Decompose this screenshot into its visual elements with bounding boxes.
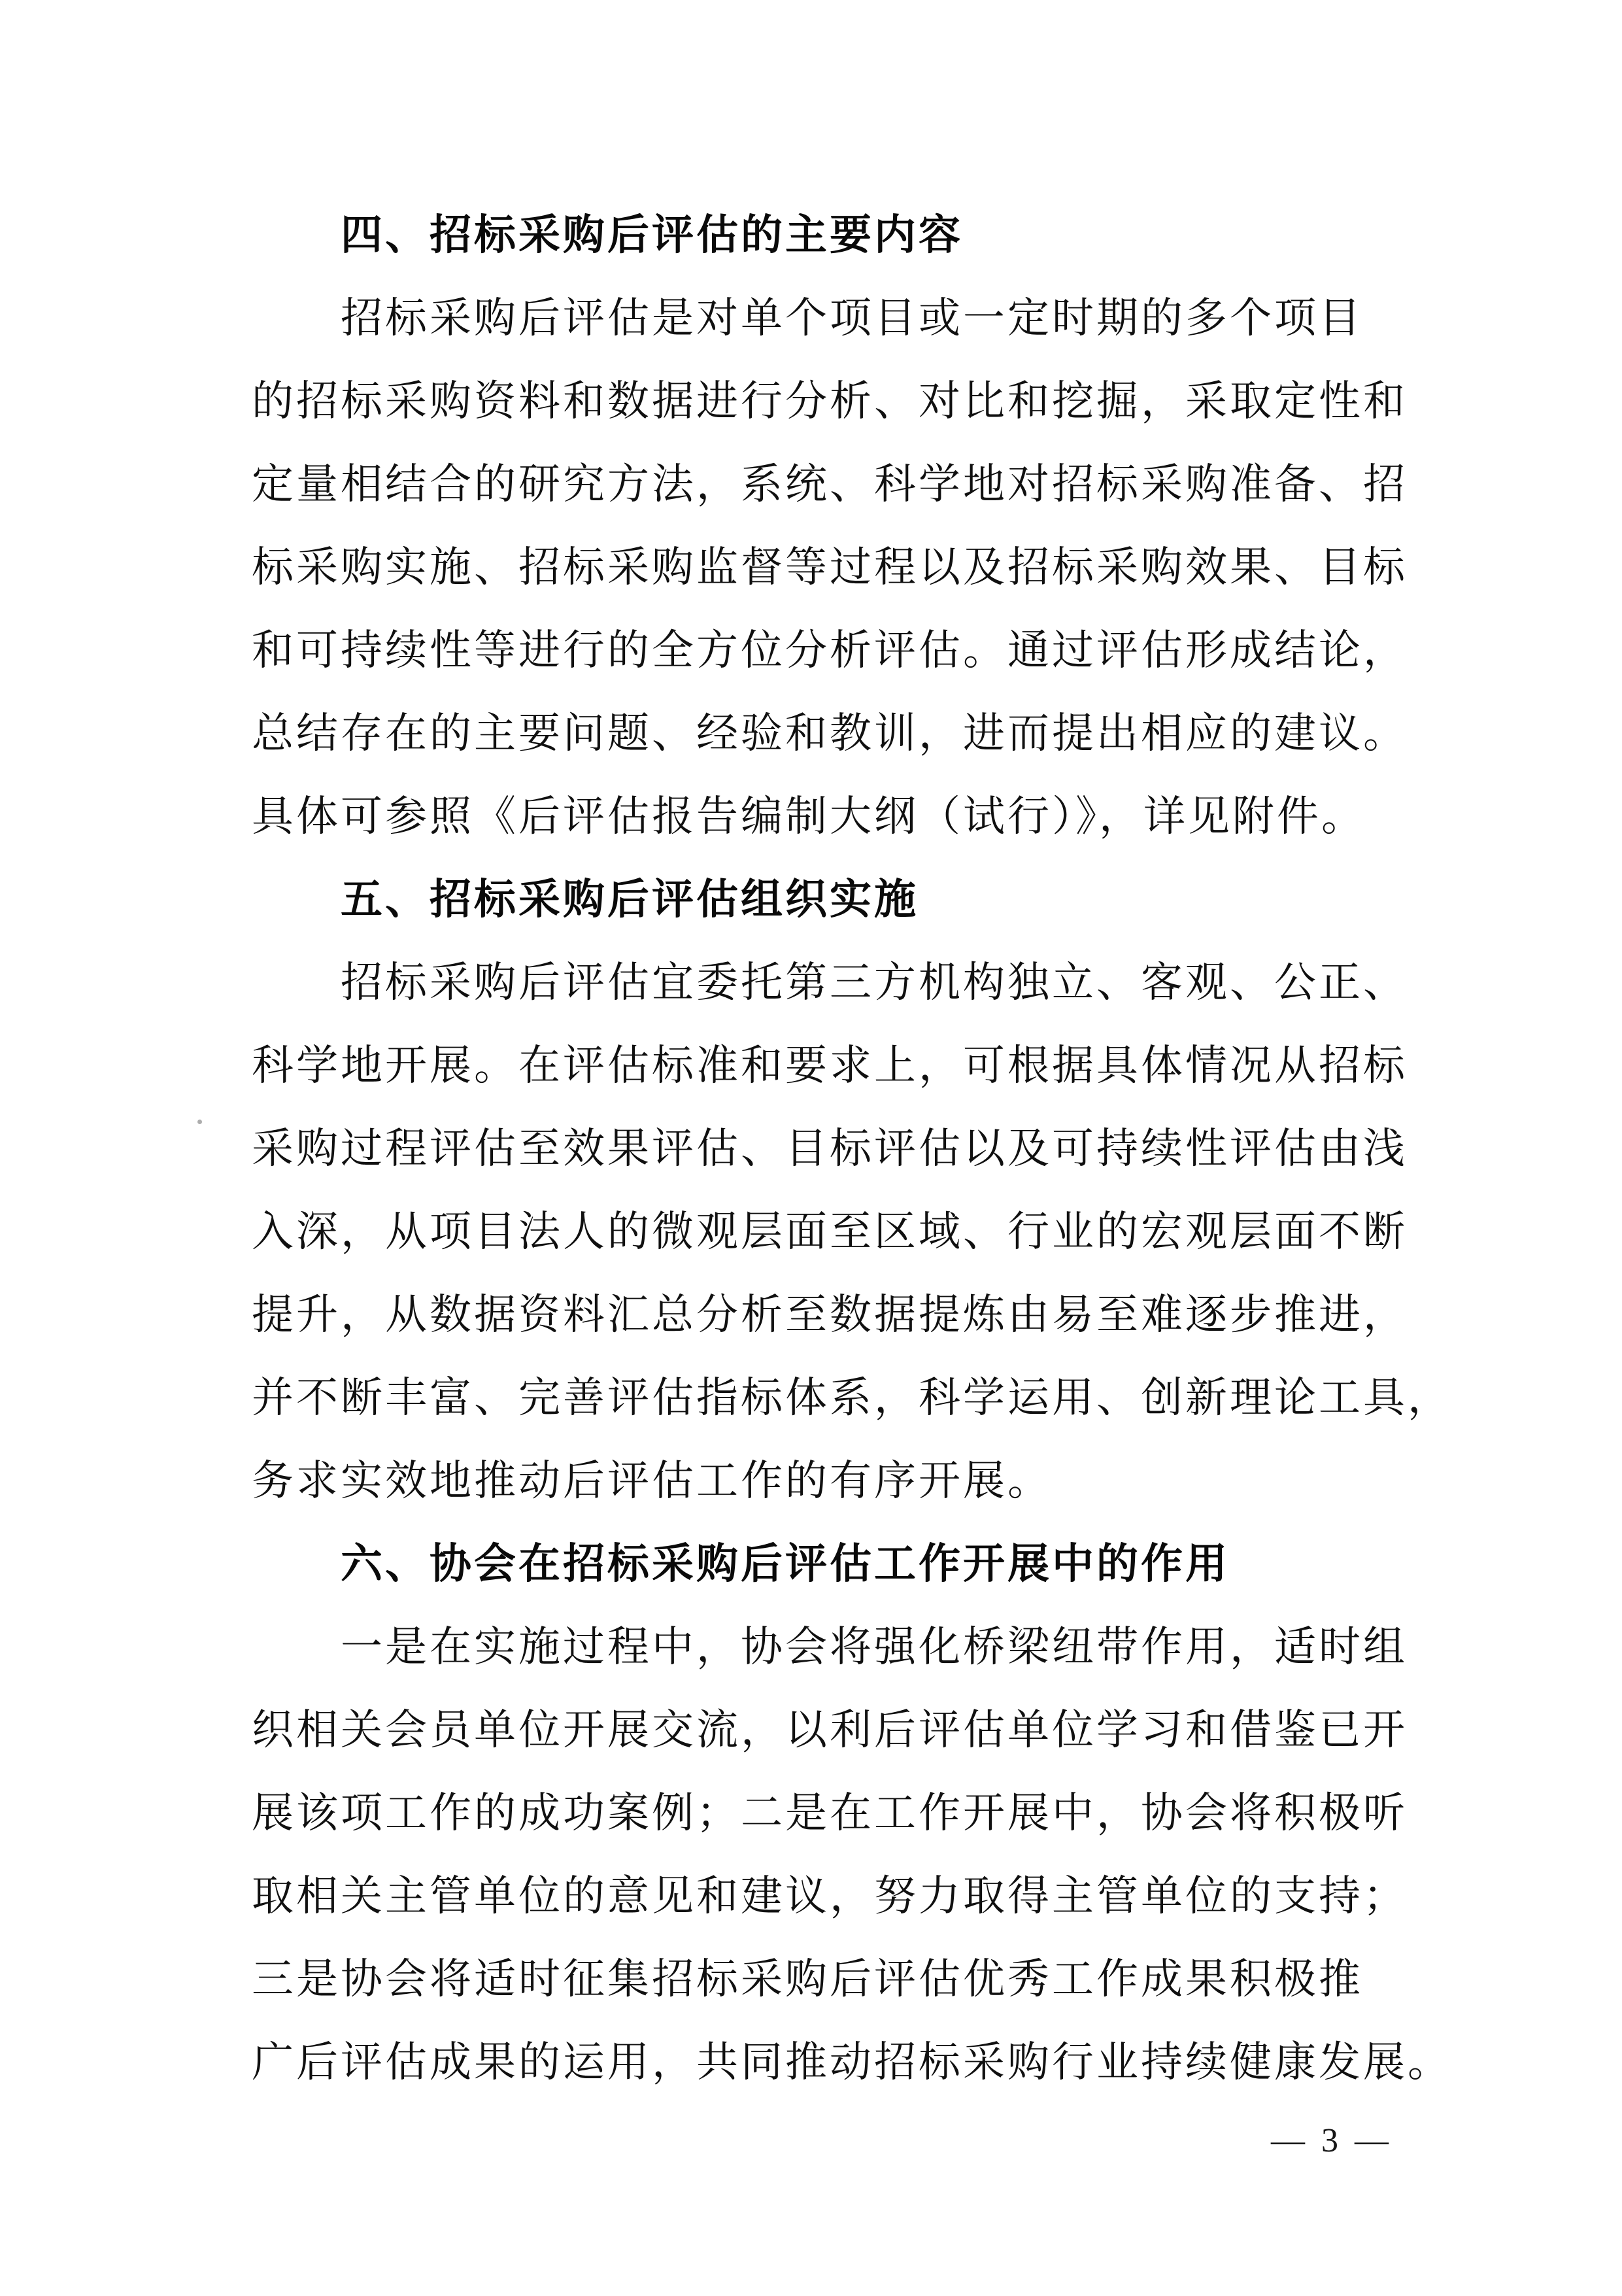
scan-artifact-dot xyxy=(197,1120,202,1124)
text-line: 入深，从项目法人的微观层面至区域、行业的宏观层面不断 xyxy=(252,1190,1402,1273)
text-line: 招标采购后评估宜委托第三方机构独立、客观、公正、 xyxy=(252,941,1402,1024)
document-page: 四、招标采购后评估的主要内容 招标采购后评估是对单个项目或一定时期的多个项目 的… xyxy=(0,0,1622,2296)
section-heading-4: 四、招标采购后评估的主要内容 xyxy=(252,194,1402,277)
text-line: 展该项工作的成功案例；二是在工作开展中，协会将积极听 xyxy=(252,1772,1402,1855)
text-line: 采购过程评估至效果评估、目标评估以及可持续性评估由浅 xyxy=(252,1107,1402,1190)
text-line: 具体可参照《后评估报告编制大纲（试行）》，详见附件。 xyxy=(252,775,1402,858)
text-line: 广后评估成果的运用，共同推动招标采购行业持续健康发展。 xyxy=(252,2021,1402,2104)
text-line: 科学地开展。在评估标准和要求上，可根据具体情况从招标 xyxy=(252,1024,1402,1107)
text-line: 务求实效地推动后评估工作的有序开展。 xyxy=(252,1439,1402,1522)
page-number: — 3 — xyxy=(252,2121,1393,2161)
document-text-block: 四、招标采购后评估的主要内容 招标采购后评估是对单个项目或一定时期的多个项目 的… xyxy=(252,194,1402,2104)
text-line: 并不断丰富、完善评估指标体系，科学运用、创新理论工具， xyxy=(252,1356,1402,1439)
text-line: 和可持续性等进行的全方位分析评估。通过评估形成结论， xyxy=(252,609,1402,692)
section-heading-5: 五、招标采购后评估组织实施 xyxy=(252,858,1402,941)
text-line: 招标采购后评估是对单个项目或一定时期的多个项目 xyxy=(252,277,1402,360)
text-line: 三是协会将适时征集招标采购后评估优秀工作成果积极推 xyxy=(252,1938,1402,2021)
text-line: 总结存在的主要问题、经验和教训，进而提出相应的建议。 xyxy=(252,692,1402,775)
text-line: 定量相结合的研究方法，系统、科学地对招标采购准备、招 xyxy=(252,443,1402,526)
text-line: 一是在实施过程中，协会将强化桥梁纽带作用，适时组 xyxy=(252,1605,1402,1688)
text-line: 的招标采购资料和数据进行分析、对比和挖掘，采取定性和 xyxy=(252,360,1402,443)
text-line: 取相关主管单位的意见和建议，努力取得主管单位的支持； xyxy=(252,1855,1402,1938)
text-line: 织相关会员单位开展交流，以利后评估单位学习和借鉴已开 xyxy=(252,1688,1402,1772)
section-heading-6: 六、协会在招标采购后评估工作开展中的作用 xyxy=(252,1522,1402,1605)
text-line: 提升，从数据资料汇总分析至数据提炼由易至难逐步推进， xyxy=(252,1273,1402,1356)
text-line: 标采购实施、招标采购监督等过程以及招标采购效果、目标 xyxy=(252,526,1402,609)
